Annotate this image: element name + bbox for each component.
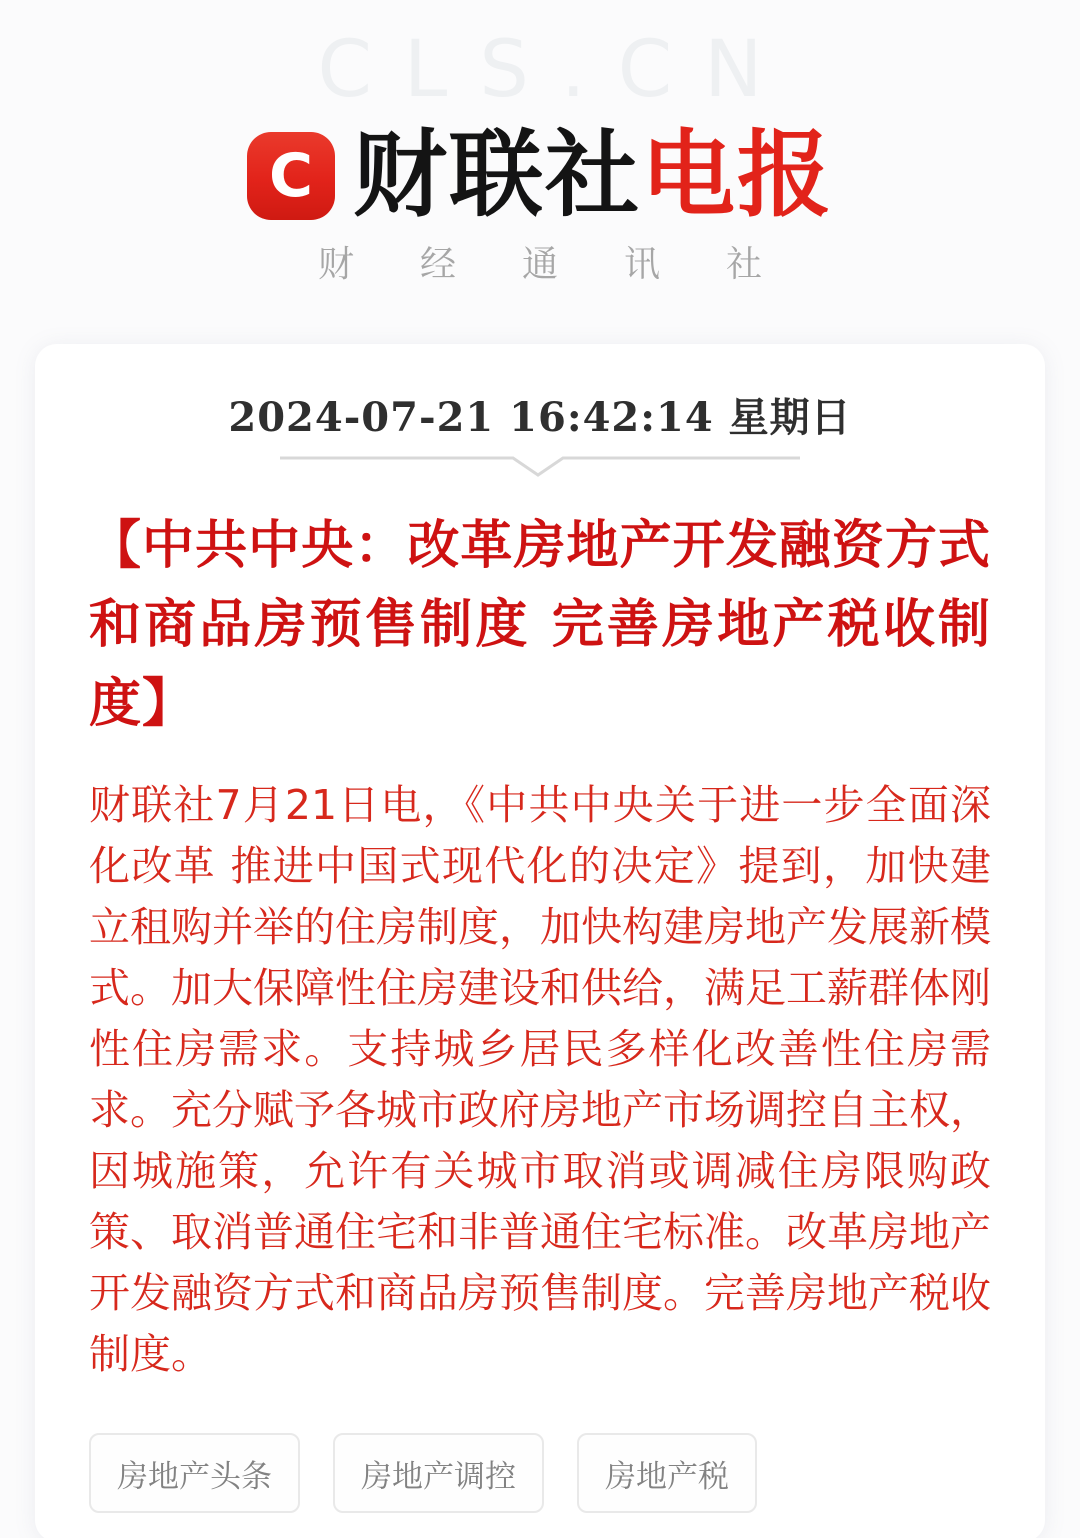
header: CLS.CN C 财联社电报 财经通讯社 bbox=[0, 0, 1080, 284]
brand-logo: C 财联社电报 bbox=[0, 126, 1080, 226]
brand-tagline: 财经通讯社 bbox=[0, 244, 1080, 284]
article-page: CLS.CN C 财联社电报 财经通讯社 2024-07-21 16:42:14… bbox=[0, 0, 1080, 1538]
article-body: 财联社7月21日电，《中共中央关于进一步全面深化改革 推进中国式现代化的决定》提… bbox=[89, 775, 991, 1385]
cls-watermark: CLS.CN bbox=[0, 28, 1080, 112]
article-datetime: 2024-07-21 16:42:14 星期日 bbox=[89, 394, 991, 442]
brand-name-cailianshe: 财联社 bbox=[353, 121, 641, 230]
tag-real-estate-headlines[interactable]: 房地产头条 bbox=[89, 1433, 300, 1513]
tags-row: 房地产头条 房地产调控 房地产税 bbox=[89, 1433, 991, 1513]
article-card: 2024-07-21 16:42:14 星期日 【中共中央：改革房地产开发融资方… bbox=[35, 344, 1045, 1538]
date-divider-notch bbox=[280, 456, 800, 480]
article-title: 【中共中央：改革房地产开发融资方式和商品房预售制度 完善房地产税收制度】 bbox=[89, 506, 991, 743]
brand-name-dianbao: 电报 bbox=[641, 121, 833, 230]
tag-real-estate-tax[interactable]: 房地产税 bbox=[577, 1433, 757, 1513]
tag-real-estate-regulation[interactable]: 房地产调控 bbox=[333, 1433, 544, 1513]
cls-logo-icon: C bbox=[247, 132, 335, 220]
brand-name: 财联社电报 bbox=[353, 129, 833, 223]
